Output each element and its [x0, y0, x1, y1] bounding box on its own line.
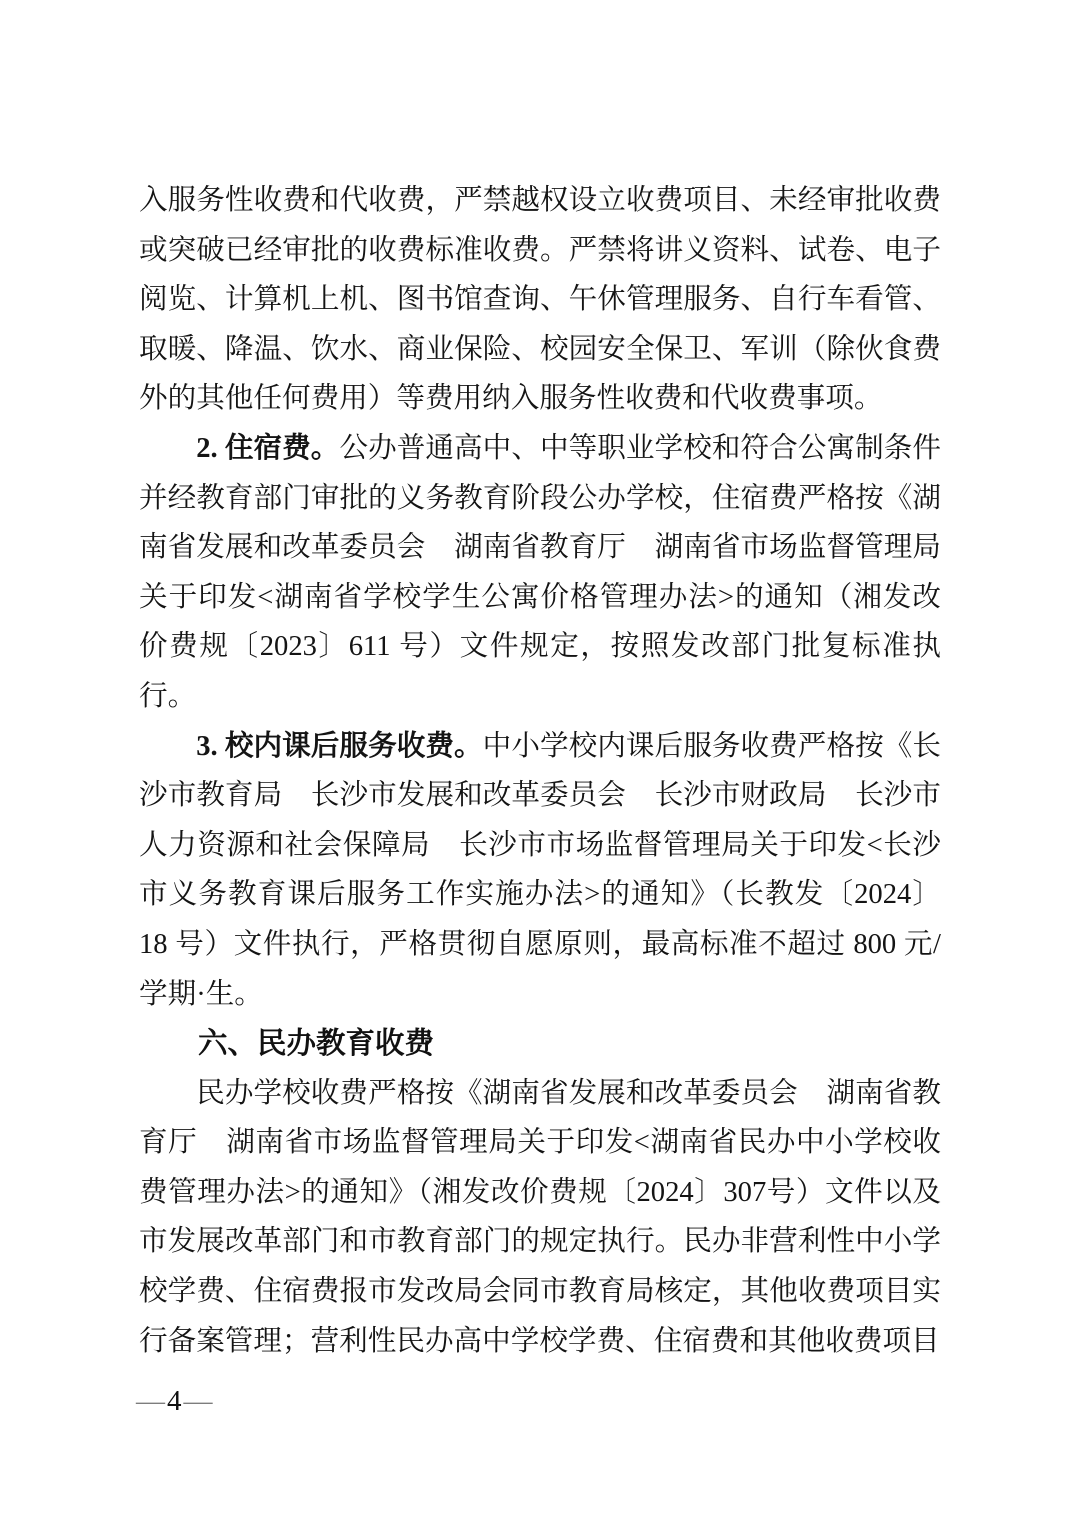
paragraph-service-fees-continuation: 入服务性收费和代收费，严禁越权设立收费项目、未经审批收费或突破已经审批的收费标准…	[139, 176, 941, 424]
after-school-service-fee-lead: 3. 校内课后服务收费。	[196, 731, 482, 762]
paragraph-text: 中小学校内课后服务收费严格按《长沙市教育局 长沙市发展和改革委员会 长沙市财政局…	[139, 731, 941, 1010]
paragraph-private-school-fees: 民办学校收费严格按《湖南省发展和改革委员会 湖南省教育厅 湖南省市场监督管理局关…	[139, 1069, 941, 1367]
page-number-value: 4	[165, 1385, 184, 1417]
section-heading-private-education-fees: 六、民办教育收费	[139, 1019, 941, 1069]
accommodation-fee-lead: 2. 住宿费。	[196, 433, 339, 464]
page-number-dash-left: —	[136, 1385, 165, 1417]
paragraph-text: 民办学校收费严格按《湖南省发展和改革委员会 湖南省教育厅 湖南省市场监督管理局关…	[139, 1078, 941, 1357]
page-number-dash-right: —	[184, 1385, 213, 1417]
paragraph-text: 公办普通高中、中等职业学校和符合公寓制条件并经教育部门审批的义务教育阶段公办学校…	[139, 433, 941, 712]
paragraph-accommodation-fee: 2. 住宿费。公办普通高中、中等职业学校和符合公寓制条件并经教育部门审批的义务教…	[139, 424, 941, 722]
paragraph-after-school-service-fee: 3. 校内课后服务收费。中小学校内课后服务收费严格按《长沙市教育局 长沙市发展和…	[139, 722, 941, 1020]
document-page: 入服务性收费和代收费，严禁越权设立收费项目、未经审批收费或突破已经审批的收费标准…	[0, 0, 1074, 1520]
document-body: 入服务性收费和代收费，严禁越权设立收费项目、未经审批收费或突破已经审批的收费标准…	[139, 176, 941, 1366]
page-number: —4—	[136, 1384, 213, 1419]
paragraph-text: 入服务性收费和代收费，严禁越权设立收费项目、未经审批收费或突破已经审批的收费标准…	[139, 185, 941, 414]
